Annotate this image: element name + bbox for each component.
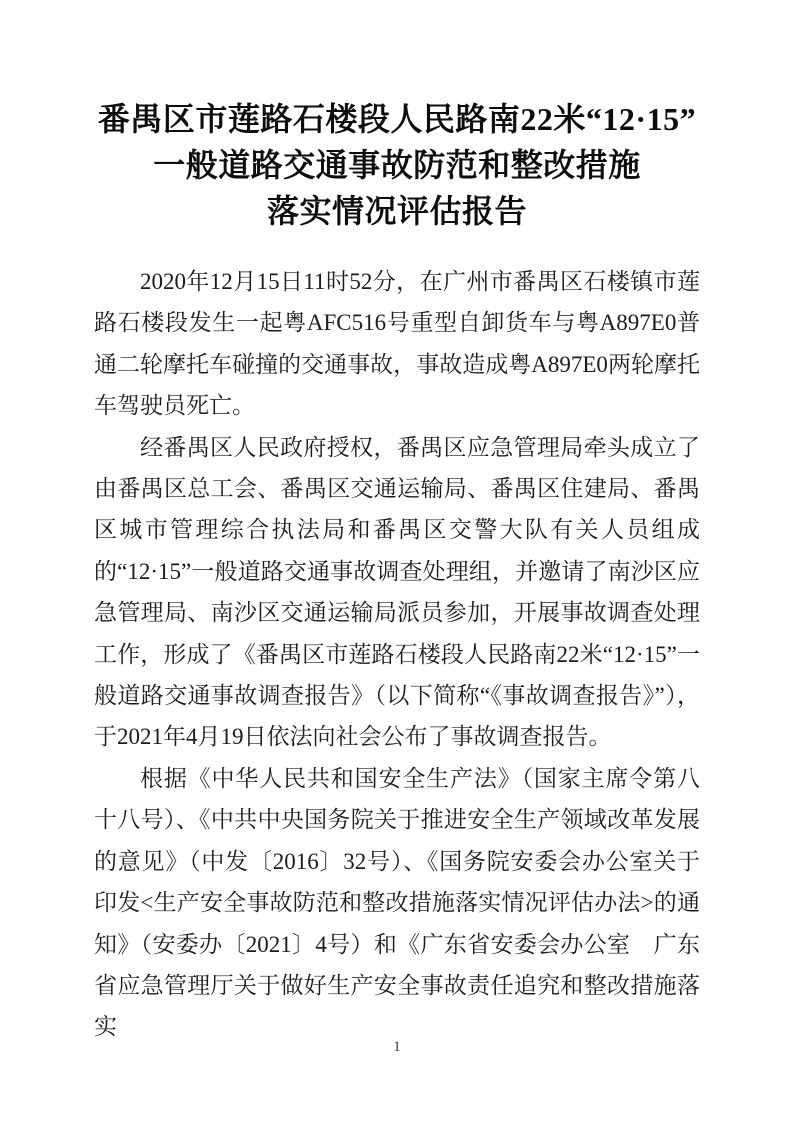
report-page: 番禺区市莲路石楼段人民路南22米“12·15” 一般道路交通事故防范和整改措施 … [0, 0, 794, 1123]
report-body: 2020年12月15日11时52分，在广州市番禺区石楼镇市莲路石楼段发生一起粤A… [94, 261, 700, 1048]
title-line-3: 落实情况评估报告 [94, 188, 700, 234]
title-line-1: 番禺区市莲路石楼段人民路南22米“12·15” [94, 96, 700, 142]
paragraph-investigation-team: 经番禺区人民政府授权，番禺区应急管理局牵头成立了由番禺区总工会、番禺区交通运输局… [94, 427, 700, 758]
paragraph-legal-basis: 根据《中华人民共和国安全生产法》（国家主席令第八十八号）、《中共中央国务院关于推… [94, 758, 700, 1048]
page-number: 1 [0, 1038, 794, 1056]
report-title: 番禺区市莲路石楼段人民路南22米“12·15” 一般道路交通事故防范和整改措施 … [94, 96, 700, 234]
title-line-2: 一般道路交通事故防范和整改措施 [94, 142, 700, 188]
paragraph-accident-summary: 2020年12月15日11时52分，在广州市番禺区石楼镇市莲路石楼段发生一起粤A… [94, 261, 700, 427]
